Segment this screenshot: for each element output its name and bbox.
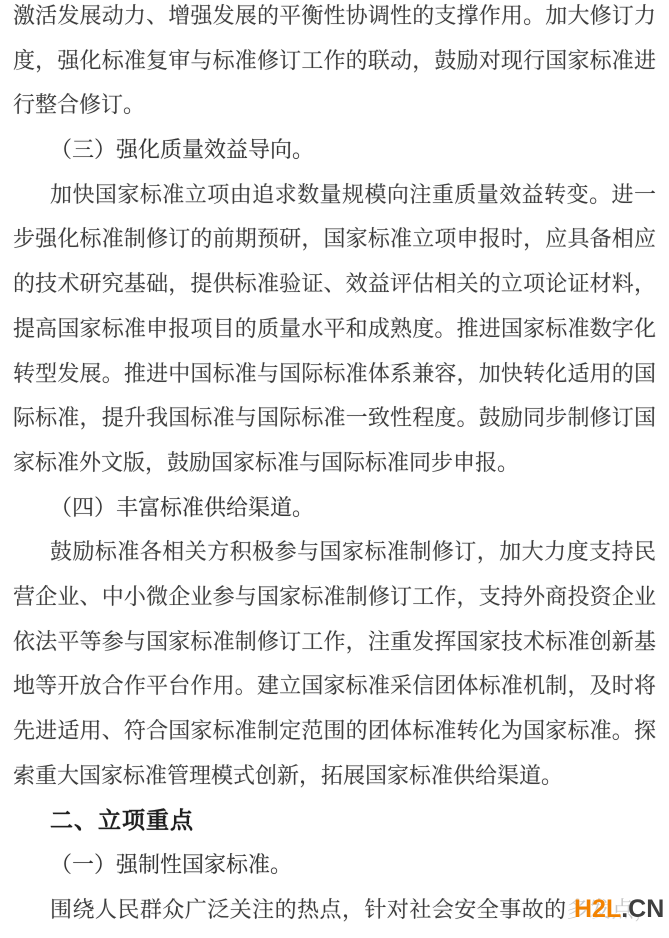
text-line: 营企业、中小微企业参与国家标准制修订工作，支持外商投资企业 — [13, 575, 656, 620]
subsection-heading: （三）强化质量效益导向。 — [13, 128, 656, 173]
watermark-h2l-text: H2L — [574, 895, 621, 923]
text-line: 的技术研究基础，提供标准验证、效益评估相关的立项论证材料， — [13, 262, 656, 307]
text-line: 索重大国家标准管理模式创新，拓展国家标准供给渠道。 — [13, 754, 656, 799]
document-body: 激活发展动力、增强发展的平衡性协调性的支撑作用。加大修订力度，强化标准复审与标准… — [13, 0, 656, 932]
subsection-heading: （四）丰富标准供给渠道。 — [13, 486, 656, 531]
subsection-heading: （一）强制性国家标准。 — [13, 843, 656, 888]
text-line: 际标准，提升我国标准与国际标准一致性程度。鼓励同步制修订国 — [13, 396, 656, 441]
text-line: 家标准外文版，鼓励国家标准与国际标准同步申报。 — [13, 441, 656, 486]
text-line: 提高国家标准申报项目的质量水平和成熟度。推进国家标准数字化 — [13, 307, 656, 352]
text-line: 激活发展动力、增强发展的平衡性协调性的支撑作用。加大修订力 — [13, 0, 656, 39]
watermark-cn-text: .CN — [621, 895, 664, 923]
text-line: 步强化标准制修订的前期预研，国家标准立项申报时，应具备相应 — [13, 217, 656, 262]
text-line: 围绕人民群众广泛关注的热点，针对社会安全事故的多发点， — [13, 888, 656, 933]
section-heading: 二、立项重点 — [13, 798, 656, 843]
text-line: 行整合修订。 — [13, 83, 656, 128]
text-line: 加快国家标准立项由追求数量规模向注重质量效益转变。进一 — [13, 173, 656, 218]
text-line: 依法平等参与国家标准制修订工作，注重发挥国家技术标准创新基 — [13, 620, 656, 665]
text-line: 先进适用、符合国家标准制定范围的团体标准转化为国家标准。探 — [13, 709, 656, 754]
text-line: 鼓励标准各相关方积极参与国家标准制修订，加大力度支持民 — [13, 530, 656, 575]
watermark-logo: H2L.CN — [574, 897, 664, 922]
text-line: 地等开放合作平台作用。建立国家标准采信团体标准机制，及时将 — [13, 664, 656, 709]
text-line: 度，强化标准复审与标准修订工作的联动，鼓励对现行国家标准进 — [13, 39, 656, 84]
text-line: 转型发展。推进中国标准与国际标准体系兼容，加快转化适用的国 — [13, 352, 656, 397]
scanned-document-page: 激活发展动力、增强发展的平衡性协调性的支撑作用。加大修订力度，强化标准复审与标准… — [0, 0, 669, 938]
